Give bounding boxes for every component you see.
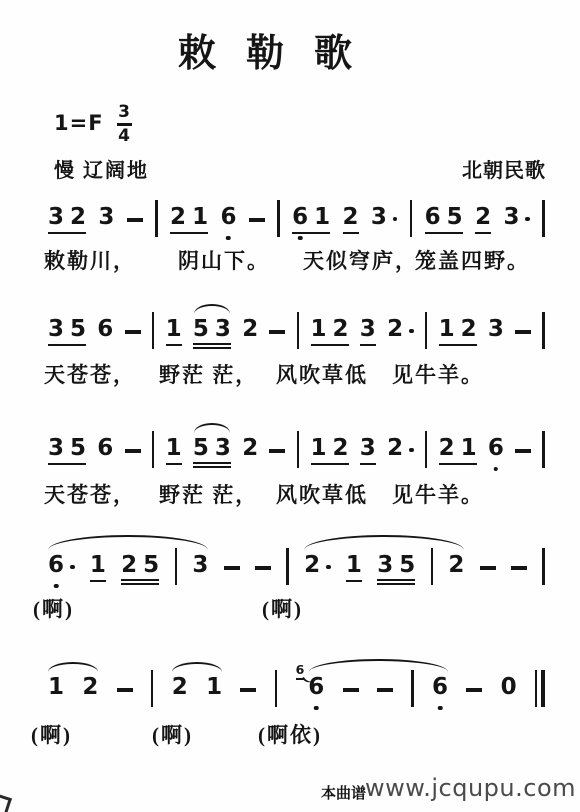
beam-group: 12 [439,318,477,346]
lyrics-line-1: 敕勒川，阴山下。天似穹庐，笼盖四野。 [0,249,580,279]
note-digit: 1 [311,437,327,460]
note-digit: 6 [308,676,324,699]
note: 1 [192,206,208,229]
note-digit: 1 [192,206,208,229]
note: 3 [192,554,208,577]
note: 5 [70,437,86,460]
time-signature: 3 4 [117,104,132,145]
note: 3 [360,437,376,465]
duration-dash [117,688,133,692]
note-digit: 1 [314,206,330,229]
note-digit: 1 [439,318,455,341]
note: 3 [215,437,231,460]
note-digit: 6 [220,206,236,229]
note-digit: 2 [242,318,258,341]
duration-dash [240,688,256,692]
note: 2 [461,318,477,341]
barline [431,548,434,585]
octave-dot [298,236,303,241]
note: 2 [304,554,331,577]
slur-arc [172,662,222,672]
barline [151,670,154,707]
note-digit: 2 [170,206,186,229]
barline [297,312,300,349]
duration-dash [125,330,141,334]
note: 2 [82,676,98,699]
note-digit: 3 [488,318,504,341]
note-digit: 2 [70,206,86,229]
note: 2 [170,206,186,229]
note-digit: 1 [166,318,182,341]
note-digit: 5 [399,554,415,577]
barline [152,312,155,349]
barline [425,312,428,349]
note: 1 [311,318,327,341]
music-line-2: 35615321232123 [48,318,545,352]
duration-dash [515,449,531,453]
lyric-phrase: 野茫 茫， [159,483,258,507]
note: 1 [90,554,106,582]
note-digit: 5 [70,318,86,341]
barline [542,200,545,237]
tie-arc [48,535,208,550]
note-digit: 2 [343,206,359,229]
barline [411,670,414,707]
augmentation-dot [409,329,414,334]
grace-note: 6 [296,664,305,680]
tempo-marking: 慢 辽阔地 [54,154,149,183]
note-digit: 3 [192,554,208,577]
note: 1 [314,206,330,229]
lyrics-line-5: (啊)(啊)(啊依) [0,723,580,753]
note: 3 [371,206,398,229]
note: 1 [461,437,477,460]
note: 5 [143,554,159,577]
note-digit: 2 [121,554,137,577]
note: 3 [503,206,530,229]
duration-dash [343,688,359,692]
lyric-phrase: (啊) [33,597,74,621]
lyric-phrase: 阴山下。 [178,249,270,273]
note-digit: 3 [377,554,393,577]
note: 6 [425,206,441,229]
lyric-phrase: 风吹草低 [276,363,368,387]
note-digit: 3 [360,318,376,341]
note-digit: 2 [333,318,349,341]
note: 6 [432,676,448,699]
note: 3 [48,437,64,460]
duration-dash [125,449,141,453]
lyric-phrase: 风吹草低 [276,483,368,507]
lyric-phrase: (啊依) [258,723,322,747]
barline [275,670,278,707]
watermark: 本曲谱 www.jcqupu.com [321,774,576,803]
lyrics-line-4: (啊)(啊) [0,597,580,627]
note: 1 [206,676,222,699]
note-digit: 6 [48,554,64,577]
note: 3 [48,206,64,229]
note-digit: 3 [215,318,231,341]
duration-dash [269,449,285,453]
beam-group: 61 [292,206,330,234]
augmentation-dot [409,448,414,453]
slur-arc [48,662,98,672]
lyric-phrase: (啊) [152,723,193,747]
octave-dot [314,706,319,711]
note: 6 [48,554,75,577]
barline [425,431,428,468]
lyric-phrase: 天似穹庐， [303,249,418,273]
note: 6 [220,206,236,229]
note: 2 [448,554,464,577]
note-digit: 6 [488,437,504,460]
note-digit: 1 [346,554,362,577]
note-digit: 1 [311,318,327,341]
note-digit: 2 [387,437,403,460]
sheet-music-page: 敕勒歌 1=F 3 4 慢 辽阔地 北朝民歌 32321661236523 35… [0,0,580,812]
note: 2 [121,554,137,577]
barline [542,431,545,468]
music-line-3: 35615321232216 [48,437,545,471]
octave-dot [494,467,499,472]
note: 1 [346,554,362,582]
note-digit: 3 [215,437,231,460]
barline [277,200,280,237]
note-digit: 2 [461,318,477,341]
note-digit: 2 [439,437,455,460]
note-digit: 3 [503,206,519,229]
page-edge-artifact [0,794,12,812]
lyric-phrase: (啊) [31,723,72,747]
duration-dash [249,218,265,222]
beam-group: 32 [48,206,86,234]
note-digit: 1 [48,676,64,699]
duration-dash [480,566,496,570]
key-label: 1=F [54,111,104,135]
barline [542,312,545,349]
augmentation-dot [393,217,398,222]
note-digit: 0 [501,676,517,699]
note: 3 [360,318,376,346]
key-signature: 1=F 3 4 [54,103,132,144]
note: 0 [501,676,517,699]
note-digit: 1 [206,676,222,699]
note-digit: 5 [143,554,159,577]
watermark-url: www.jcqupu.com [365,774,576,802]
lyric-phrase: (啊) [262,597,303,621]
watermark-prefix: 本曲谱 [321,782,366,803]
note-digit: 2 [82,676,98,699]
final-barline [535,670,545,707]
source-credit: 北朝民歌 [462,154,546,183]
tie-arc [309,659,448,672]
note: 6 [97,437,113,460]
note: 2 [172,676,188,699]
lyrics-line-3: 天苍苍，野茫 茫，风吹草低见牛羊。 [0,483,580,513]
note-digit: 2 [172,676,188,699]
beam-group: 35 [48,318,86,346]
note: 2 [70,206,86,229]
note: 6 [97,318,113,341]
duration-dash [515,330,531,334]
time-signature-numerator: 3 [118,104,130,121]
duration-dash [377,688,393,692]
augmentation-dot [525,217,530,222]
duration-dash [255,566,271,570]
music-line-4: 6125321352 [48,554,545,588]
note-digit: 6 [97,437,113,460]
note-digit: 3 [48,206,64,229]
note: 5 [193,318,209,341]
barline [155,200,158,237]
lyric-phrase: 见牛羊。 [392,363,484,387]
note: 5 [193,437,209,460]
note: 2 [387,437,414,460]
note: 2 [343,206,359,234]
note: 3 [215,318,231,341]
note-digit: 2 [333,437,349,460]
note-digit: 2 [448,554,464,577]
beam-group: 35 [48,437,86,465]
beam-group: 25 [121,554,159,581]
barline [175,548,178,585]
note-digit: 1 [90,554,106,577]
note: 66 [296,676,325,699]
lyric-phrase: 敕勒川， [44,249,136,273]
note-digit: 6 [97,318,113,341]
note: 1 [166,437,182,465]
note-digit: 5 [447,206,463,229]
lyric-phrase: 野茫 茫， [159,363,258,387]
duration-dash [224,566,240,570]
note: 6 [488,437,504,460]
slur-arc [194,304,230,314]
music-line-5: 12216660 [48,676,545,710]
duration-dash [269,330,285,334]
duration-dash [127,218,143,222]
note-digit: 2 [304,554,320,577]
note: 1 [166,318,182,346]
barline [410,200,413,237]
note-digit: 1 [166,437,182,460]
beam-group: 53 [193,437,231,464]
note-digit: 5 [70,437,86,460]
octave-dot [226,236,231,241]
lyric-phrase: 笼盖四野。 [415,249,530,273]
beam-group: 12 [311,437,349,465]
note: 2 [387,318,414,341]
octave-dot [438,706,443,711]
note-digit: 6 [425,206,441,229]
augmentation-dot [70,565,75,570]
note: 6 [292,206,308,229]
beam-group: 35 [377,554,415,581]
slur-arc [194,423,230,433]
note: 3 [98,206,114,229]
note: 3 [48,318,64,341]
note-digit: 3 [371,206,387,229]
note-digit: 2 [475,206,491,229]
beam-group: 65 [425,206,463,234]
note-digit: 2 [387,318,403,341]
beam-group: 21 [170,206,208,234]
beam-group: 12 [311,318,349,346]
note-digit: 3 [48,437,64,460]
beam-group: 21 [439,437,477,465]
song-title: 敕勒歌 [0,22,530,77]
beam-group: 53 [193,318,231,345]
lyric-phrase: 见牛羊。 [392,483,484,507]
tie-arc [304,535,464,550]
note-digit: 2 [242,437,258,460]
note: 2 [439,437,455,460]
barline [152,431,155,468]
music-line-1: 32321661236523 [48,206,545,240]
lyrics-line-2: 天苍苍，野茫 茫，风吹草低见牛羊。 [0,363,580,393]
note: 5 [399,554,415,577]
note-digit: 5 [193,437,209,460]
note: 1 [311,437,327,460]
note: 3 [488,318,504,341]
note-digit: 1 [461,437,477,460]
duration-dash [511,566,527,570]
note-digit: 3 [360,437,376,460]
note: 1 [439,318,455,341]
note-digit: 3 [98,206,114,229]
note: 2 [242,437,258,460]
note: 2 [333,437,349,460]
note-digit: 6 [292,206,308,229]
barline [286,548,289,585]
barline [542,548,545,585]
note-digit: 6 [432,676,448,699]
note: 2 [242,318,258,341]
note: 2 [475,206,491,234]
note-digit: 5 [193,318,209,341]
barline [297,431,300,468]
note: 3 [377,554,393,577]
octave-dot [54,584,59,589]
lyric-phrase: 天苍苍， [44,483,136,507]
note: 1 [48,676,64,699]
lyric-phrase: 天苍苍， [44,363,136,387]
note: 5 [447,206,463,229]
note: 2 [333,318,349,341]
note-digit: 3 [48,318,64,341]
duration-dash [466,688,482,692]
time-signature-denominator: 4 [118,128,130,145]
augmentation-dot [326,565,331,570]
note: 5 [70,318,86,341]
